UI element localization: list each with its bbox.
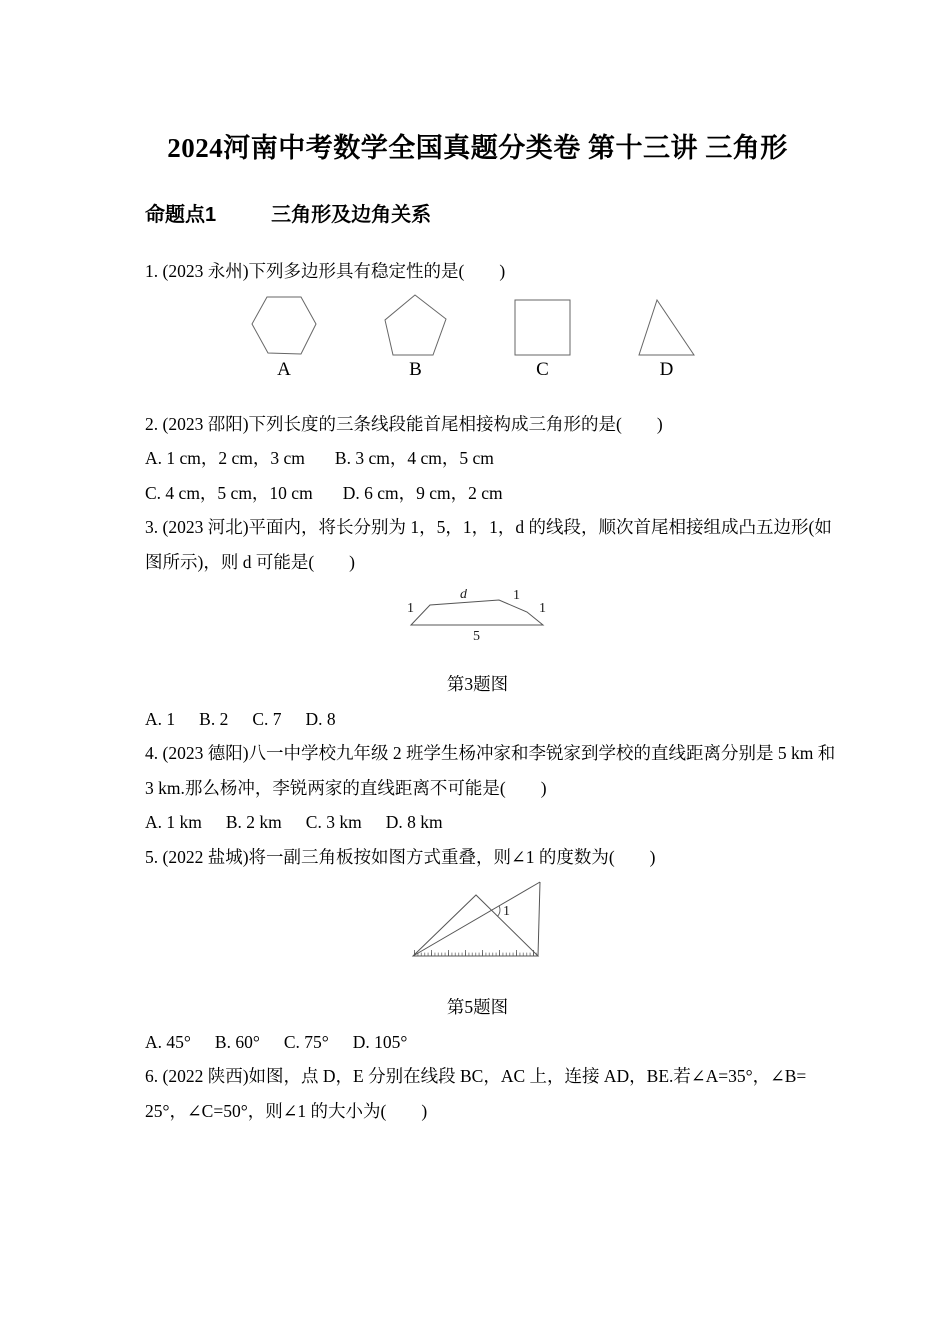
worksheet-page: 2024河南中考数学全国真题分类卷 第十三讲 三角形 命题点1三角形及边角关系 … — [0, 0, 950, 1344]
figure-3-caption: 第3题图 — [145, 667, 810, 702]
shape-label: A — [277, 359, 291, 381]
option: C. 7 — [252, 702, 281, 737]
question-4-text-line-2: 3 km.那么杨冲，李锐两家的直线距离不可能是( ) — [145, 771, 810, 806]
answer-figure-a: A — [251, 295, 317, 381]
question-3-figure: 1 d 1 1 5 — [145, 589, 810, 643]
angle-1-label: 1 — [503, 904, 510, 919]
question-2-options-row-2: C. 4 cm，5 cm，10 cm D. 6 cm，9 cm，2 cm — [145, 476, 810, 511]
side-length-right-lower: 1 — [539, 601, 546, 616]
question-4-options: A. 1 km B. 2 km C. 3 km D. 8 km — [145, 805, 810, 840]
option: C. 4 cm，5 cm，10 cm — [145, 476, 313, 511]
page-title: 2024河南中考数学全国真题分类卷 第十三讲 三角形 — [145, 128, 810, 168]
option: B. 2 — [199, 702, 228, 737]
question-1-text: 1. (2023 永州)下列多边形具有稳定性的是( ) — [145, 254, 810, 289]
question-3-options: A. 1 B. 2 C. 7 D. 8 — [145, 702, 810, 737]
option: C. 75° — [284, 1025, 329, 1060]
option: D. 8 — [306, 702, 336, 737]
option: B. 3 cm，4 cm，5 cm — [335, 441, 494, 476]
set-squares-figure: 1 — [408, 878, 548, 964]
section-heading: 命题点1三角形及边角关系 — [145, 202, 810, 228]
square-icon — [514, 299, 571, 356]
option: C. 3 km — [306, 805, 362, 840]
hexagon-icon — [251, 295, 317, 356]
answer-figure-c: C — [514, 299, 571, 381]
question-2-options-row-1: A. 1 cm，2 cm，3 cm B. 3 cm，4 cm，5 cm — [145, 441, 810, 476]
option: A. 1 km — [145, 805, 202, 840]
question-6-text-line-2: 25°，∠C=50°，则∠1 的大小为( ) — [145, 1094, 810, 1129]
option: D. 8 km — [386, 805, 443, 840]
option: D. 6 cm，9 cm，2 cm — [343, 476, 503, 511]
question-3-text-line-2: 图所示)，则 d 可能是( ) — [145, 545, 810, 580]
section-name: 三角形及边角关系 — [271, 204, 431, 226]
questions-area: 1. (2023 永州)下列多边形具有稳定性的是( ) A B C — [145, 254, 810, 1128]
question-1-answer-figures: A B C D — [251, 293, 810, 381]
question-4-text-line-1: 4. (2023 德阳)八一中学校九年级 2 班学生杨冲家和李锐家到学校的直线距… — [145, 736, 810, 771]
question-5-figure: 1 — [145, 878, 810, 964]
side-length-left: 1 — [407, 601, 414, 616]
option: B. 60° — [215, 1025, 260, 1060]
question-3-text-line-1: 3. (2023 河北)平面内，将长分别为 1，5，1，1，d 的线段，顺次首尾… — [145, 510, 810, 545]
shape-label: C — [536, 359, 549, 381]
triangle-icon — [638, 299, 695, 356]
option: A. 45° — [145, 1025, 191, 1060]
question-5-text: 5. (2022 盐城)将一副三角板按如图方式重叠，则∠1 的度数为( ) — [145, 840, 810, 875]
option: A. 1 — [145, 702, 175, 737]
side-length-bottom: 5 — [473, 629, 480, 643]
question-6-text-line-1: 6. (2022 陕西)如图，点 D，E 分别在线段 BC，AC 上，连接 AD… — [145, 1059, 810, 1094]
side-length-right-upper: 1 — [513, 589, 520, 603]
section-label: 命题点1 — [145, 204, 216, 226]
pentagon-figure: 1 d 1 1 5 — [403, 589, 553, 643]
answer-figure-b: B — [384, 294, 447, 381]
option: D. 105° — [353, 1025, 408, 1060]
figure-5-caption: 第5题图 — [145, 990, 810, 1025]
option: A. 1 cm，2 cm，3 cm — [145, 441, 305, 476]
answer-figure-d: D — [638, 299, 695, 381]
question-2-text: 2. (2023 邵阳)下列长度的三条线段能首尾相接构成三角形的是( ) — [145, 407, 810, 442]
shape-label: B — [409, 359, 422, 381]
option: B. 2 km — [226, 805, 282, 840]
shape-label: D — [660, 359, 674, 381]
pentagon-icon — [384, 294, 447, 356]
side-length-top: d — [460, 589, 468, 602]
question-5-options: A. 45° B. 60° C. 75° D. 105° — [145, 1025, 810, 1060]
